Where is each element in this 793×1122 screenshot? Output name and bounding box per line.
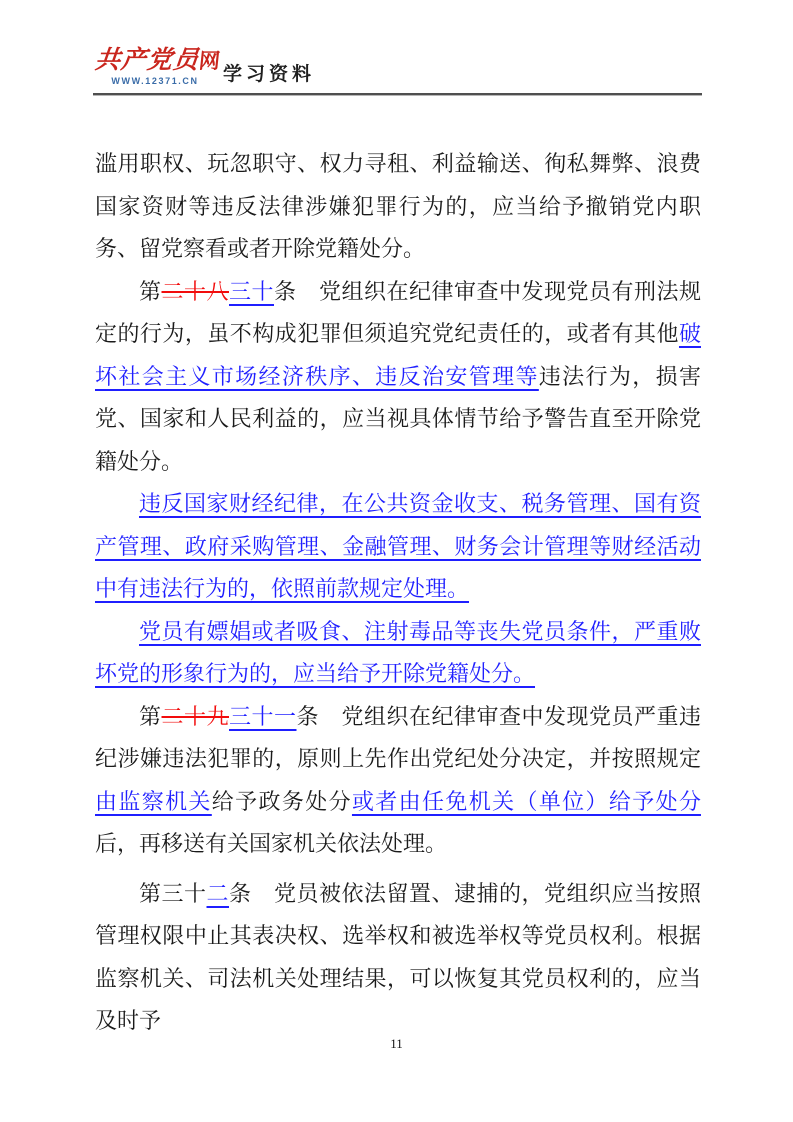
inserted-text-segment: 或者由任免机关（单位）给予处分 — [352, 789, 701, 814]
text-segment: 第 — [139, 704, 162, 729]
header-divider — [93, 93, 702, 96]
logo-calligraphy: 共产党员 — [94, 45, 201, 74]
deleted-text-segment: 二十八 — [162, 279, 230, 304]
inserted-text-segment: 党员有嫖娼或者吸食、注射毒品等丧失党员条件，严重败坏党的形象行为的，应当给予开除… — [95, 619, 701, 687]
text-segment: 滥用职权、玩忽职守、权力寻租、利益输送、徇私舞弊、浪费国家资财等违反法律涉嫌犯罪… — [95, 151, 701, 261]
header-title: 学习资料 — [223, 59, 315, 86]
inserted-text-segment: 违反国家财经纪律，在公共资金收支、税务管理、国有资产管理、政府采购管理、金融管理… — [95, 491, 701, 601]
document-page: 共产党员网 WWW.12371.CN 学习资料 滥用职权、玩忽职守、权力寻租、利… — [0, 0, 793, 1122]
inserted-text-segment: 三十 — [229, 279, 274, 304]
text-segment: 第三十 — [139, 881, 207, 906]
logo-calligraphy-text: 共产党员网 — [93, 46, 216, 75]
document-paragraph: 违反国家财经纪律，在公共资金收支、税务管理、国有资产管理、政府采购管理、金融管理… — [95, 483, 701, 611]
deleted-text-segment: 二十九 — [162, 704, 230, 729]
inserted-text-segment: 三十一 — [229, 704, 297, 729]
document-paragraph: 第二十八三十条 党组织在纪律审查中发现党员有刑法规定的行为，虽不构成犯罪但须追究… — [95, 271, 701, 484]
text-segment: 第 — [139, 279, 162, 304]
text-segment: 给予政务处分 — [212, 789, 352, 814]
document-paragraph: 第二十九三十一条 党组织在纪律审查中发现党员严重违纪涉嫌违法犯罪的，原则上先作出… — [95, 696, 701, 866]
text-segment: 后，再移送有关国家机关依法处理。 — [95, 831, 447, 856]
logo-net-character: 网 — [198, 48, 222, 73]
document-paragraph: 党员有嫖娼或者吸食、注射毒品等丧失党员条件，严重败坏党的形象行为的，应当给予开除… — [95, 611, 701, 696]
page-number: 11 — [0, 1036, 793, 1052]
inserted-text-segment: 由监察机关 — [95, 789, 212, 814]
site-logo: 共产党员网 WWW.12371.CN — [95, 46, 215, 86]
logo-url-text: WWW.12371.CN — [95, 76, 215, 86]
inserted-text-segment: 二 — [207, 881, 230, 906]
document-paragraph: 第三十二条 党员被依法留置、逮捕的，党组织应当按照管理权限中止其表决权、选举权和… — [95, 873, 701, 1043]
document-paragraph: 滥用职权、玩忽职守、权力寻租、利益输送、徇私舞弊、浪费国家资财等违反法律涉嫌犯罪… — [95, 143, 701, 271]
document-body: 滥用职权、玩忽职守、权力寻租、利益输送、徇私舞弊、浪费国家资财等违反法律涉嫌犯罪… — [95, 143, 701, 1043]
